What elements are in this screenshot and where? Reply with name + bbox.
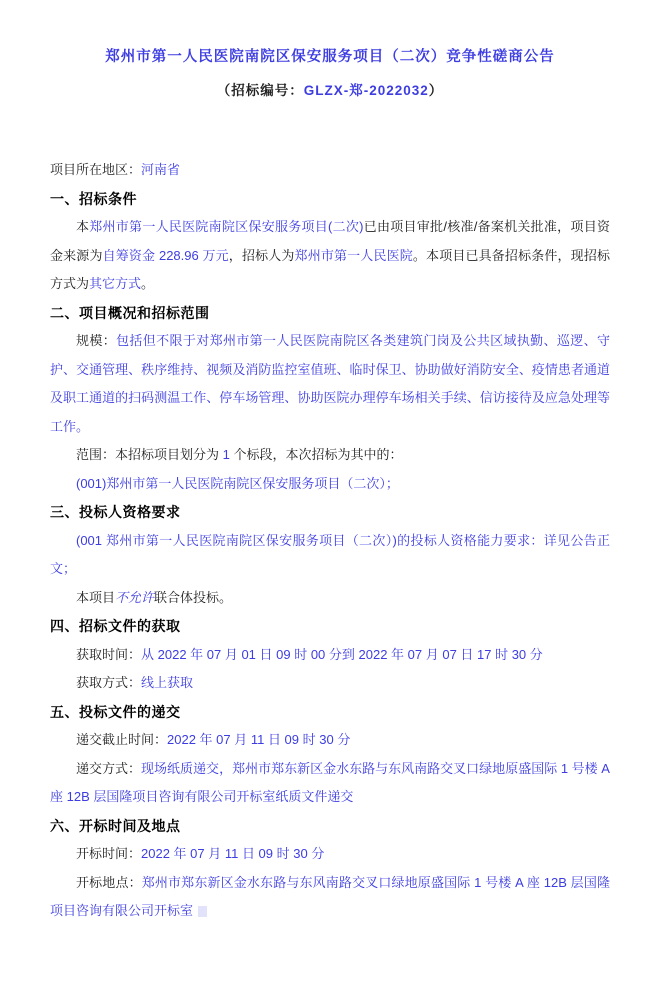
qualification-text: (001 郑州市第一人民医院南院区保安服务项目（二次）)的投标人资格能力要求：详…	[50, 533, 610, 577]
lot-count-value: 1	[223, 447, 230, 462]
s1-text-1: 本	[76, 219, 89, 234]
s1-text-5: 。	[141, 276, 154, 291]
project-name-text: 郑州市第一人民医院南院区保安服务项目(二次)	[89, 219, 363, 234]
document-page: 郑州市第一人民医院南院区保安服务项目（二次）竞争性磋商公告 （招标编号：GLZX…	[0, 0, 658, 993]
submit-deadline-label: 递交截止时间：	[76, 732, 167, 747]
para-tender-conditions: 本郑州市第一人民医院南院区保安服务项目(二次)已由项目审批/核准/备案机关批准，…	[50, 213, 610, 299]
opening-place-label: 开标地点：	[76, 875, 142, 890]
joint-text-2: 联合体投标。	[154, 590, 232, 605]
submit-deadline-value: 2022 年 07 月 11 日 09 时 30 分	[167, 732, 350, 747]
funding-source-text: 自筹资金 228.96 万元	[103, 248, 229, 263]
section-heading-5: 五、投标文件的递交	[50, 698, 610, 727]
section-heading-2: 二、项目概况和招标范围	[50, 299, 610, 328]
obtain-time-label: 获取时间：	[76, 647, 141, 662]
tender-number-line: （招标编号：GLZX-郑-2022032）	[50, 80, 610, 102]
opening-time-value: 2022 年 07 月 11 日 09 时 30 分	[141, 846, 324, 861]
obtain-time-value: 从 2022 年 07 月 01 日 09 时 00 分到 2022 年 07 …	[141, 647, 543, 662]
para-obtain-method: 获取方式：线上获取	[50, 669, 610, 698]
submit-method-label: 递交方式：	[76, 761, 141, 776]
para-lot-001: (001)郑州市第一人民医院南院区保安服务项目（二次）；	[50, 470, 610, 499]
region-line: 项目所在地区：河南省	[50, 156, 610, 185]
region-value: 河南省	[141, 162, 180, 177]
scale-value: 包括但不限于对郑州市第一人民医院南院区各类建筑门岗及公共区域执勤、巡逻、守护、交…	[50, 333, 610, 434]
tender-number-suffix: ）	[429, 83, 444, 98]
range-text-2: 个标段，本次招标为其中的：	[230, 447, 403, 462]
tender-number-value: GLZX-郑-2022032	[304, 83, 429, 98]
section-heading-1: 一、招标条件	[50, 185, 610, 214]
announcement-title: 郑州市第一人民医院南院区保安服务项目（二次）竞争性磋商公告	[50, 46, 610, 68]
para-opening-time: 开标时间：2022 年 07 月 11 日 09 时 30 分	[50, 840, 610, 869]
para-submit-deadline: 递交截止时间：2022 年 07 月 11 日 09 时 30 分	[50, 726, 610, 755]
region-label: 项目所在地区：	[50, 162, 141, 177]
para-scope: 规模：包括但不限于对郑州市第一人民医院南院区各类建筑门岗及公共区域执勤、巡逻、守…	[50, 327, 610, 441]
para-submit-method: 递交方式：现场纸质递交，郑州市郑东新区金水东路与东风南路交叉口绿地原盛国际 1 …	[50, 755, 610, 812]
joint-text-1: 本项目	[76, 590, 115, 605]
para-joint-bid: 本项目不允许联合体投标。	[50, 584, 610, 613]
opening-time-label: 开标时间：	[76, 846, 141, 861]
para-opening-place: 开标地点：郑州市郑东新区金水东路与东风南路交叉口绿地原盛国际 1 号楼 A 座 …	[50, 869, 610, 926]
obtain-method-label: 获取方式：	[76, 675, 141, 690]
obtain-method-value: 线上获取	[141, 675, 193, 690]
section-heading-3: 三、投标人资格要求	[50, 498, 610, 527]
para-qualification: (001 郑州市第一人民医院南院区保安服务项目（二次）)的投标人资格能力要求：详…	[50, 527, 610, 584]
para-range: 范围：本招标项目划分为 1 个标段，本次招标为其中的：	[50, 441, 610, 470]
document-body: 项目所在地区：河南省 一、招标条件 本郑州市第一人民医院南院区保安服务项目(二次…	[50, 156, 610, 926]
tender-method-text: 其它方式	[89, 276, 141, 291]
s1-text-3: ，招标人为	[229, 248, 295, 263]
range-text-1: 范围：本招标项目划分为	[76, 447, 223, 462]
tenderer-name-text: 郑州市第一人民医院	[295, 248, 413, 263]
section-heading-6: 六、开标时间及地点	[50, 812, 610, 841]
section-heading-4: 四、招标文件的获取	[50, 612, 610, 641]
lot-001-text: (001)郑州市第一人民医院南院区保安服务项目（二次）；	[76, 476, 399, 491]
scale-label: 规模：	[76, 333, 116, 348]
tender-number-prefix: （招标编号：	[217, 83, 304, 98]
para-obtain-time: 获取时间：从 2022 年 07 月 01 日 09 时 00 分到 2022 …	[50, 641, 610, 670]
joint-not-allowed-text: 不允许	[115, 590, 154, 605]
highlight-artifact	[198, 906, 207, 917]
